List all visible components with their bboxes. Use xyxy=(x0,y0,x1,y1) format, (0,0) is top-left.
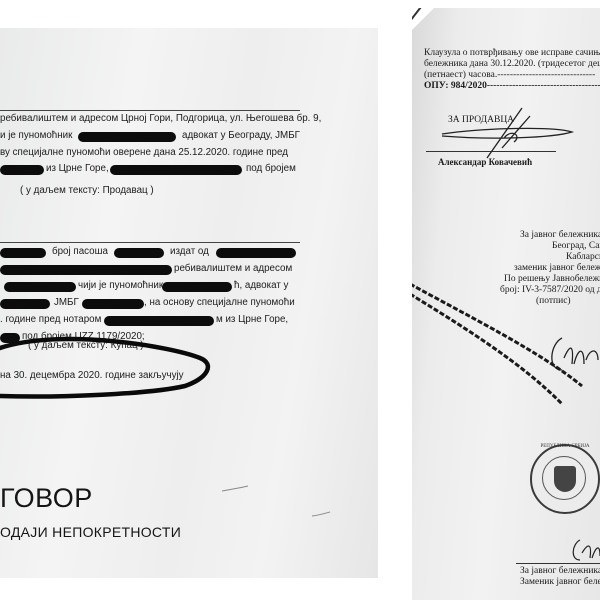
official-seal: РЕПУБЛИКА СРБИЈА xyxy=(530,444,600,514)
notary-line-5: По решењу Јавнобележни xyxy=(504,274,600,284)
coat-of-arms-icon xyxy=(554,466,576,492)
notary-line-4: заменик јавног бележ xyxy=(514,263,600,273)
notary-line-2: Београд, Саво xyxy=(552,241,600,251)
notary-line-6: број: IV-3-7587/2020 од да xyxy=(500,285,600,295)
notary-line-1: За јавног бележника М xyxy=(520,230,600,240)
notary-line-7: (потпис) xyxy=(536,296,571,306)
footer-signature-line xyxy=(516,563,600,564)
contract-page-right: Клаузула о потврђивању ове исправе сачињ… xyxy=(412,8,600,600)
footer-line-2: Заменик јавног беле xyxy=(520,577,600,587)
seal-text: РЕПУБЛИКА СРБИЈА xyxy=(532,444,598,449)
contract-title: ГОВОР xyxy=(0,483,93,514)
contract-page-left: ребивалиштем и адресом Црној Гори, Подго… xyxy=(0,28,378,578)
notary-line-3: Кабларск xyxy=(566,252,600,262)
contract-subtitle: ОДАЈИ НЕПОКРЕТНОСТИ xyxy=(0,524,181,540)
footer-line-1: За јавног бележника xyxy=(520,566,600,576)
